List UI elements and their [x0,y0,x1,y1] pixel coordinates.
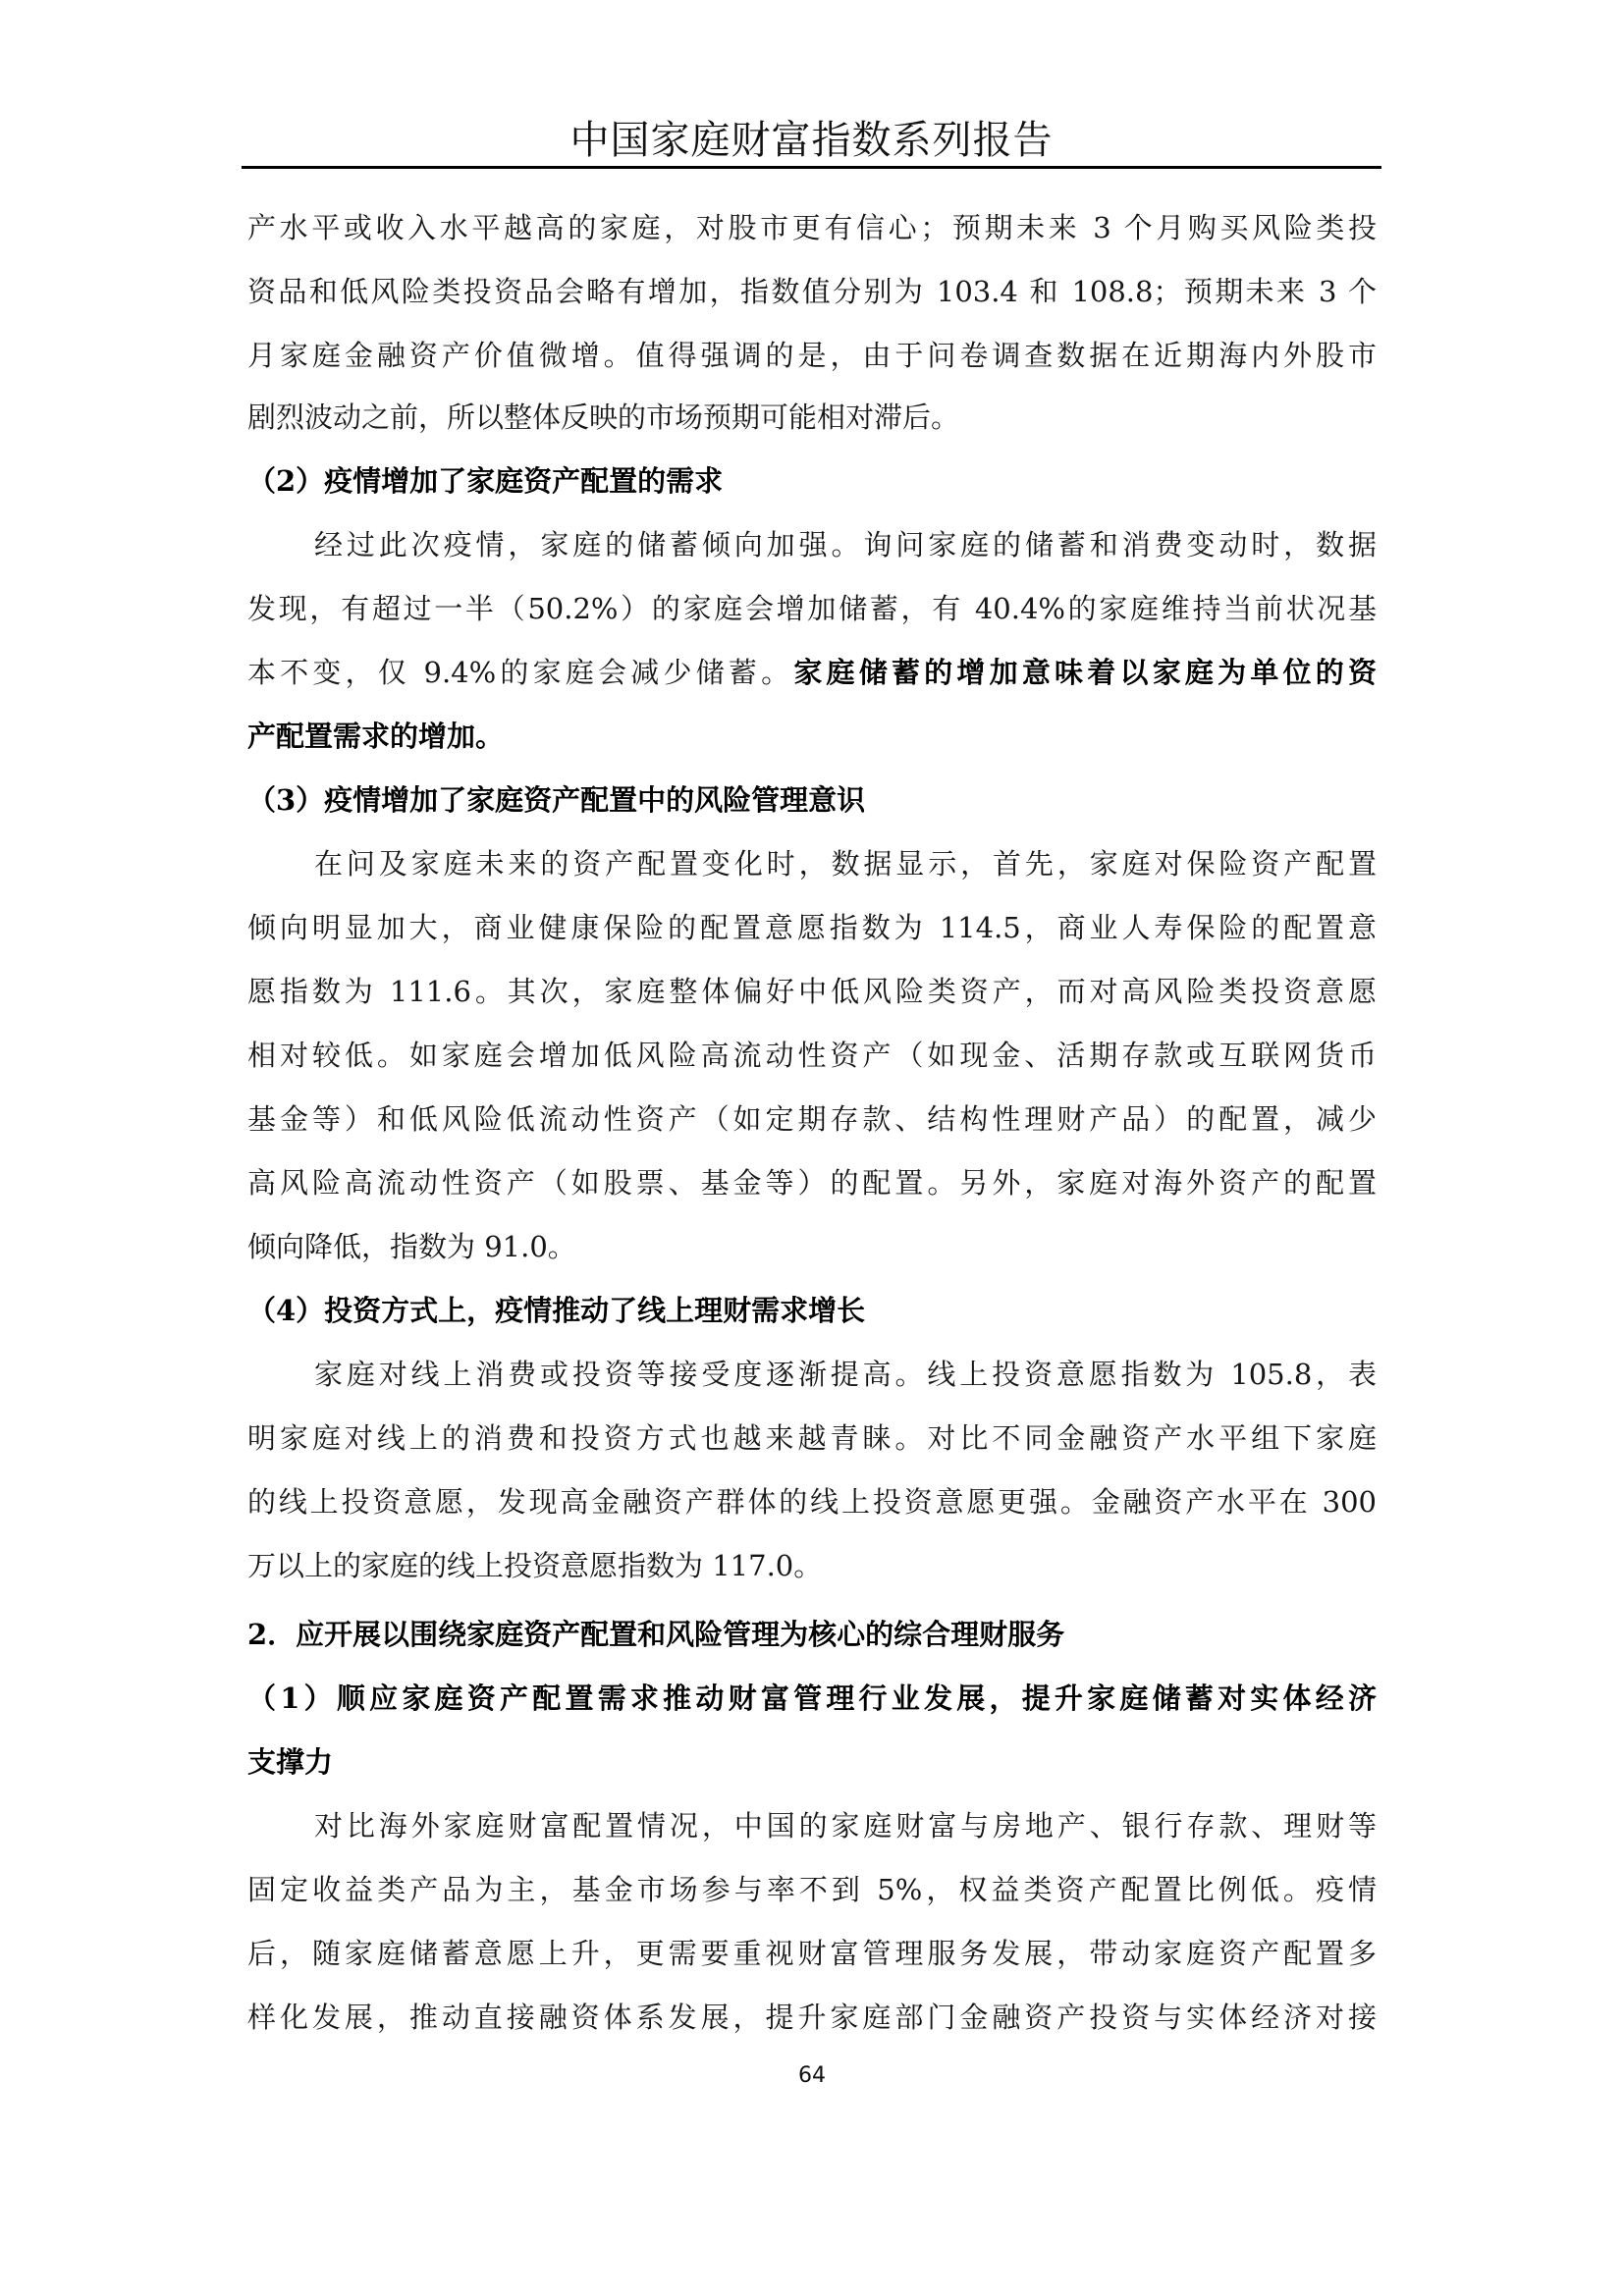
section-heading-4: （4）投资方式上，疫情推动了线上理财需求增长 [247,1287,865,1334]
bold-emphasis-text: 家庭储蓄的增加意味着以家庭为单位的资 [793,656,1377,689]
paragraph-line: 高风险高流动性资产（如股票、基金等）的配置。另外，家庭对海外资产的配置 [247,1159,1377,1206]
paragraph-line: 经过此次疫情，家庭的储蓄倾向加强。询问家庭的储蓄和消费变动时，数据 [247,521,1377,568]
paragraph-line: 产水平或收入水平越高的家庭，对股市更有信心；预期未来 3 个月购买风险类投 [247,204,1377,251]
page-number: 64 [0,2061,1624,2091]
paragraph-line: 月家庭金融资产价值微增。值得强调的是，由于问卷调查数据在近期海内外股市 [247,332,1377,379]
document-page: 中国家庭财富指数系列报告 产水平或收入水平越高的家庭，对股市更有信心；预期未来 … [0,0,1624,2296]
paragraph-line: 的线上投资意愿，发现高金融资产群体的线上投资意愿更强。金融资产水平在 300 [247,1478,1377,1525]
paragraph-line: 相对较低。如家庭会增加低风险高流动性资产（如现金、活期存款或互联网货币 [247,1032,1377,1079]
paragraph-line-mixed: 本不变，仅 9.4%的家庭会减少储蓄。家庭储蓄的增加意味着以家庭为单位的资 [247,649,1377,696]
running-header-title: 中国家庭财富指数系列报告 [242,116,1381,165]
paragraph-line: 剧烈波动之前，所以整体反映的市场预期可能相对滞后。 [247,394,1377,441]
paragraph-line: 固定收益类产品为主，基金市场参与率不到 5%，权益类资产配置比例低。疫情 [247,1866,1377,1913]
paragraph-line: 样化发展，推动直接融资体系发展，提升家庭部门金融资产投资与实体经济对接 [247,1994,1377,2041]
paragraph-line: 倾向降低，指数为 91.0。 [247,1223,1377,1270]
paragraph-line: 在问及家庭未来的资产配置变化时，数据显示，首先，家庭对保险资产配置 [247,840,1377,887]
part-heading-2: 2．应开展以围绕家庭资产配置和风险管理为核心的综合理财服务 [247,1611,1064,1658]
paragraph-line: 愿指数为 111.6。其次，家庭整体偏好中低风险类资产，而对高风险类投资意愿 [247,968,1377,1015]
paragraph-line: 基金等）和低风险低流动性资产（如定期存款、结构性理财产品）的配置，减少 [247,1095,1377,1143]
section-heading-2: （2）疫情增加了家庭资产配置的需求 [247,457,723,505]
plain-text: 本不变，仅 9.4%的家庭会减少储蓄。 [247,656,793,689]
header-rule [242,166,1381,169]
bold-emphasis-line: 产配置需求的增加。 [247,713,1377,760]
paragraph-line: 倾向明显加大，商业健康保险的配置意愿指数为 114.5，商业人寿保险的配置意 [247,904,1377,951]
paragraph-line: 资品和低风险类投资品会略有增加，指数值分别为 103.4 和 108.8；预期未… [247,268,1377,315]
paragraph-line: 后，随家庭储蓄意愿上升，更需要重视财富管理服务发展，带动家庭资产配置多 [247,1930,1377,1977]
paragraph-line: 明家庭对线上的消费和投资方式也越来越青睐。对比不同金融资产水平组下家庭 [247,1415,1377,1462]
paragraph-line: 发现，有超过一半（50.2%）的家庭会增加储蓄，有 40.4%的家庭维持当前状况… [247,585,1377,632]
paragraph-line: 家庭对线上消费或投资等接受度逐渐提高。线上投资意愿指数为 105.8，表 [247,1351,1377,1398]
section-heading-3: （3）疫情增加了家庭资产配置中的风险管理意识 [247,776,865,824]
paragraph-line: 对比海外家庭财富配置情况，中国的家庭财富与房地产、银行存款、理财等 [247,1802,1377,1849]
subsection-heading-1-line2: 支撑力 [247,1738,333,1786]
paragraph-line: 万以上的家庭的线上投资意愿指数为 117.0。 [247,1542,1377,1589]
subsection-heading-1-line1: （1）顺应家庭资产配置需求推动财富管理行业发展，提升家庭储蓄对实体经济 [247,1675,1377,1722]
